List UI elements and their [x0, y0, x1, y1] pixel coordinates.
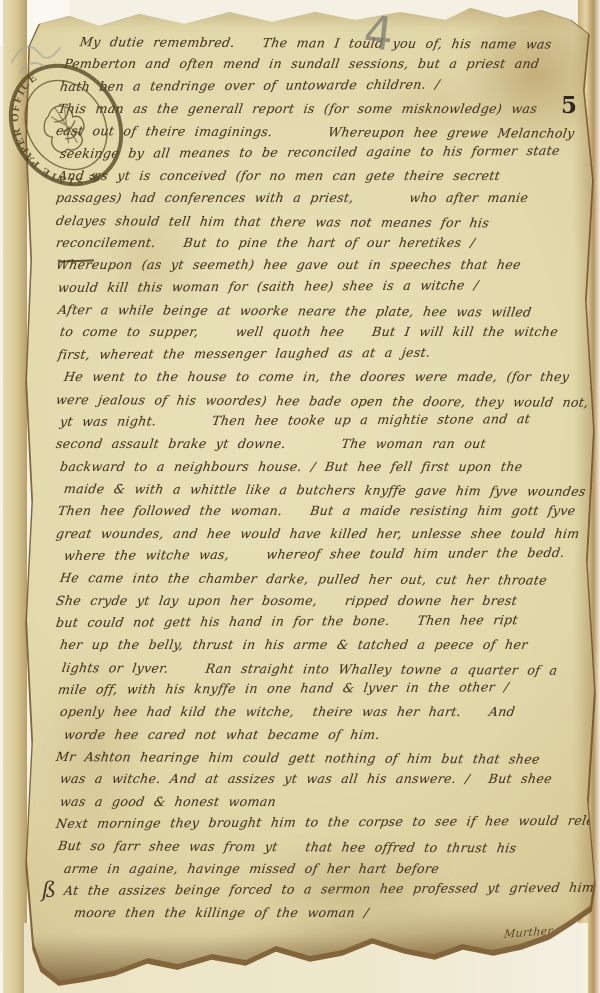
manuscript-line: seekinge by all meanes to be reconciled …	[54, 140, 575, 166]
crest-icon	[36, 98, 94, 158]
pencil-scribble	[6, 20, 86, 80]
manuscript-line: would kill this woman for (saith hee) sh…	[54, 274, 575, 300]
manuscript-line: hath ben a tendringe over of untowarde c…	[54, 73, 575, 99]
manuscript-scan: My dutie remembred. The man I tould you …	[0, 0, 600, 993]
manuscript-line: This man as the generall report is (for …	[54, 98, 575, 120]
manuscript-line: reconcilement. But to pine the hart of o…	[54, 232, 575, 254]
manuscript-line: Whereupon (as yt seemeth) hee gave out i…	[54, 254, 575, 276]
manuscript-line: second assault brake yt downe. The woman…	[54, 433, 575, 455]
manuscript-line: backward to a neighbours house. / But he…	[54, 456, 575, 478]
paper-blotch	[360, 60, 510, 150]
manuscript-line: Then hee followed the woman. But a maide…	[54, 500, 575, 522]
manuscript-line: After a while beinge at woorke neare the…	[54, 299, 575, 324]
manuscript-line: arme in againe, havinge missed of her ha…	[54, 858, 575, 880]
manuscript-line: And as yt is conceived (for no men can g…	[54, 165, 575, 187]
manuscript-line: openly hee had kild the witche, theire w…	[54, 701, 575, 723]
manuscript-line: He came into the chamber darke, pulled h…	[54, 567, 575, 592]
manuscript-line: lights or lyver. Ran straight into Whall…	[54, 657, 575, 682]
paper-blotch	[40, 640, 150, 860]
manuscript-line: Mr Ashton hearinge him could gett nothin…	[54, 746, 575, 771]
manuscript-line: cast out of theire imaginings. Whereupon…	[54, 120, 575, 145]
manuscript-line: passages) had conferences with a priest,…	[54, 187, 575, 209]
manuscript-line: great woundes, and hee would have killed…	[54, 523, 575, 545]
manuscript-line: were jealous of his woordes) hee bade op…	[54, 389, 575, 414]
manuscript-line: moore then the killinge of the woman /	[54, 902, 575, 924]
manuscript-line: mile off, with his knyffe in one hand & …	[54, 676, 575, 702]
margin-dash-mark	[60, 259, 94, 262]
manuscript-line: but could not gett his hand in for the b…	[54, 609, 575, 635]
folio-number-stamp: 5	[561, 92, 577, 119]
manuscript-line: Next morninge they brought him to the co…	[54, 810, 575, 836]
folio-number-pencil: 4	[361, 5, 396, 62]
manuscript-line: maide & with a whittle like a butchers k…	[54, 478, 575, 503]
manuscript-line: yt was night. Then hee tooke up a mighti…	[54, 408, 575, 434]
manuscript-line: to come to supper, well quoth hee But I …	[54, 321, 575, 343]
manuscript-line: He went to the house to come in, the doo…	[54, 366, 575, 388]
manuscript-line: where the witche was, whereof shee tould…	[54, 542, 575, 568]
manuscript-line: first, whereat the messenger laughed as …	[54, 341, 575, 367]
manuscript-line: Pemberton and often mend in sundall sess…	[54, 53, 575, 75]
manuscript-text: My dutie remembred. The man I tould you …	[56, 31, 574, 953]
manuscript-line: delayes should tell him that there was n…	[54, 210, 575, 235]
paper-blotch	[90, 180, 210, 340]
manuscript-line: My dutie remembred. The man I tould you …	[54, 31, 575, 56]
manuscript-line: She cryde yt lay upon her bosome, ripped…	[54, 590, 575, 612]
manuscript-line: But so farr shee was from yt that hee of…	[54, 835, 575, 860]
top-edge-stain	[0, 0, 600, 30]
margin-beta-mark: ß	[42, 878, 56, 902]
manuscript-line: was a good & honest woman	[54, 791, 575, 813]
manuscript-line: was a witche. And at assizes yt was all …	[54, 768, 575, 790]
manuscript-line: her up the belly, thrust in his arme & t…	[54, 634, 575, 656]
manuscript-line: worde hee cared not what became of him.	[54, 724, 575, 746]
manuscript-line: At the assizes beinge forced to a sermon…	[54, 877, 575, 903]
paper-blotch	[250, 840, 450, 930]
